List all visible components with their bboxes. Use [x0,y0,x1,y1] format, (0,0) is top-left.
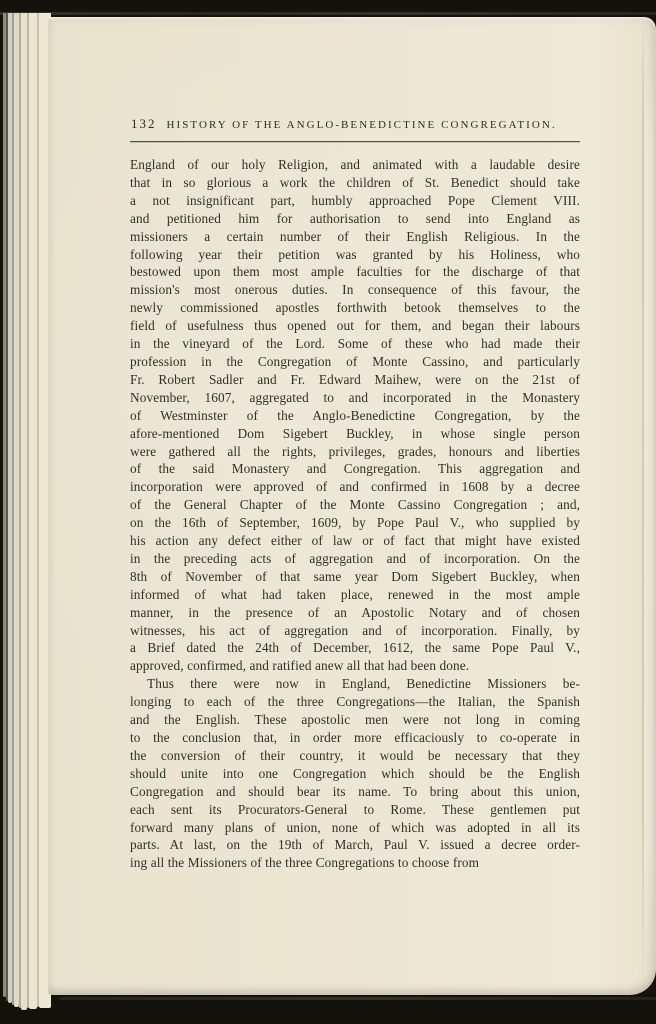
text-line: incorporation were approved of and confi… [130,478,580,496]
text-line: following year their petition was grante… [130,246,580,264]
text-line: profession in the Congregation of Monte … [130,353,580,371]
book-page: 132 HISTORY OF THE ANGLO-BENEDICTINE CON… [48,17,656,995]
text-line: mission's most onerous duties. In conseq… [130,281,580,299]
text-line: in the preceding acts of aggregation and… [130,550,580,568]
header-rule [130,141,580,142]
text-line: the conversion of their country, it woul… [130,747,580,765]
text-line: longing to each of the three Congregatio… [130,693,580,711]
paragraph: Thus there were now in England, Benedict… [130,675,580,872]
running-title: HISTORY OF THE ANGLO-BENEDICTINE CONGREG… [167,119,557,131]
paragraph: England of our holy Religion, and animat… [130,156,580,675]
text-line: forward many plans of union, none of whi… [130,819,580,837]
text-line: should unite into one Congregation which… [130,765,580,783]
text-line: newly commissioned apostles forthwith be… [130,299,580,317]
text-line: 8th of November of that same year Dom Si… [130,568,580,586]
text-line: parts. At last, on the 19th of March, Pa… [130,836,580,854]
text-line: Congregation and should bear its name. T… [130,783,580,801]
text-line: and the English. These apostolic men wer… [130,711,580,729]
text-line: in the vineyard of the Lord. Some of the… [130,335,580,353]
text-line: witnesses, his act of aggregation and of… [130,622,580,640]
text-line: a Brief dated the 24th of December, 1612… [130,639,580,657]
page-number: 132 [131,116,157,132]
text-line: manner, in the presence of an Apostolic … [130,604,580,622]
text-line: approved, confirmed, and ratified anew a… [130,657,580,675]
text-line: missioners a certain number of their Eng… [130,228,580,246]
running-header: 132 HISTORY OF THE ANGLO-BENEDICTINE CON… [131,116,580,132]
text-line: England of our holy Religion, and animat… [130,156,580,174]
text-line: bestowed upon them most ample faculties … [130,263,580,281]
text-line: of the General Chapter of the Monte Cass… [130,496,580,514]
text-line: a not insignificant part, humbly approac… [130,192,580,210]
text-line: of the said Monastery and Congregation. … [130,460,580,478]
text-line: his action any defect either of law or o… [130,532,580,550]
text-line: informed of what had taken place, renewe… [130,586,580,604]
text-line: were gathered all the rights, privileges… [130,443,580,461]
page-edge-strip [29,13,37,1009]
page-fold-line [642,17,644,995]
text-line: afore-mentioned Dom Sigebert Buckley, in… [130,425,580,443]
text-line: on the 16th of September, 1609, by Pope … [130,514,580,532]
text-line: to the conclusion that, in order more ef… [130,729,580,747]
page-stack-edges [3,13,51,1011]
text-line: of Westminster of the Anglo-Benedictine … [130,407,580,425]
text-line: that in so glorious a work the children … [130,174,580,192]
page-text: England of our holy Religion, and animat… [130,156,580,872]
text-line: ing all the Missioners of the three Cong… [130,854,580,872]
text-line: field of usefulness thus opened out for … [130,317,580,335]
text-line: and petitioned him for authorisation to … [130,210,580,228]
text-line: November, 1607, aggregated to and incorp… [130,389,580,407]
text-line: Thus there were now in England, Benedict… [130,675,580,693]
book-scan: 132 HISTORY OF THE ANGLO-BENEDICTINE CON… [0,0,656,1024]
text-line: Fr. Robert Sadler and Fr. Edward Maihew,… [130,371,580,389]
text-line: each sent its Procurators-General to Rom… [130,801,580,819]
